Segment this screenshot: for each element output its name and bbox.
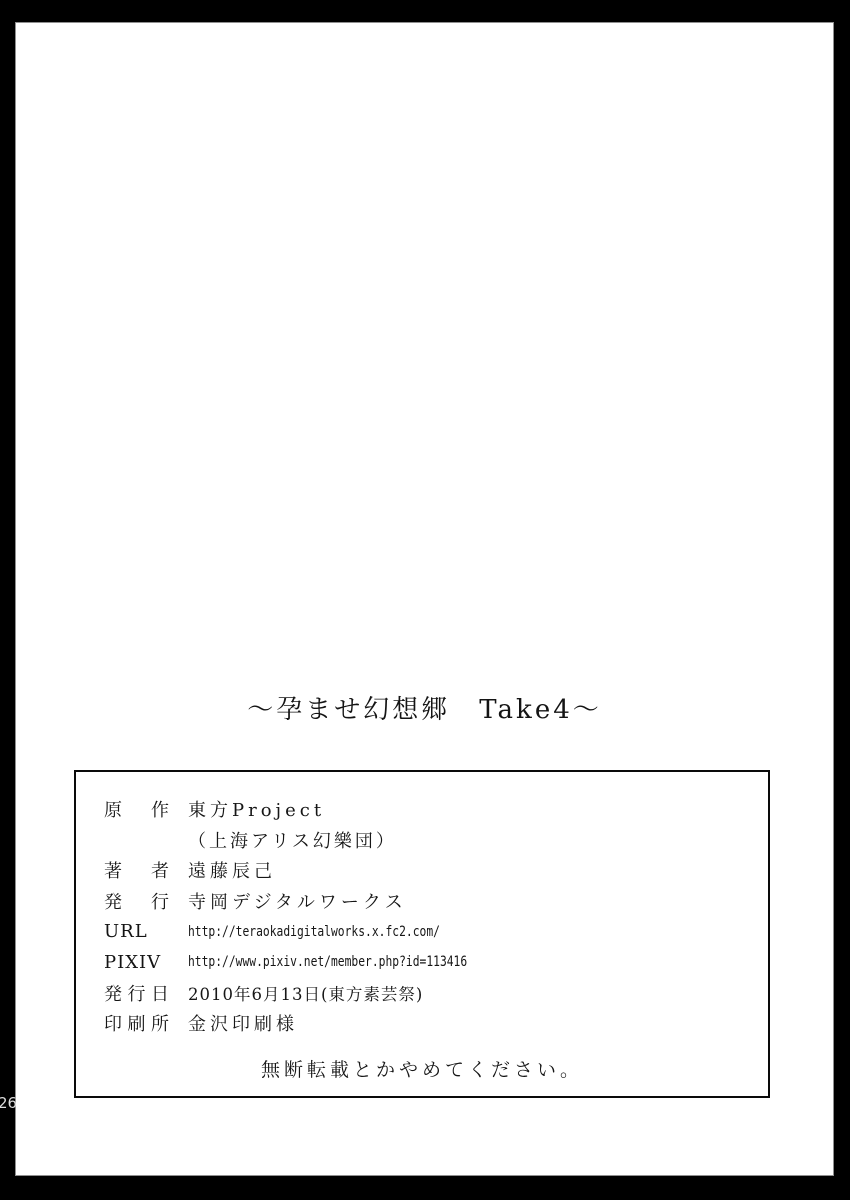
row-value: （上海アリス幻樂団） bbox=[188, 827, 397, 853]
credits-row-printer: 印刷所 金沢印刷様 bbox=[104, 1008, 758, 1039]
row-label: 原作 bbox=[104, 796, 170, 822]
page-title: ～孕ませ幻想郷 Take4～ bbox=[16, 689, 833, 726]
row-label: 発行日 bbox=[104, 980, 170, 1006]
credits-row-original-work: 原作 東方Project bbox=[104, 794, 758, 825]
row-label: 著者 bbox=[104, 857, 170, 883]
row-value: http://www.pixiv.net/member.php?id=11341… bbox=[188, 954, 467, 970]
page-number: 26 bbox=[0, 1094, 17, 1112]
row-label: 印刷所 bbox=[104, 1010, 170, 1036]
credits-box: 原作 東方Project （上海アリス幻樂団） 著者 遠藤辰己 発行 寺岡デジタ… bbox=[74, 770, 770, 1098]
row-value: http://teraokadigitalworks.x.fc2.com/ bbox=[188, 924, 440, 940]
row-value: 東方Project bbox=[188, 796, 325, 822]
row-label: PIXIV bbox=[104, 952, 170, 973]
copyright-note: 無断転載とかやめてください。 bbox=[76, 1055, 768, 1082]
credits-rows: 原作 東方Project （上海アリス幻樂団） 著者 遠藤辰己 発行 寺岡デジタ… bbox=[104, 794, 758, 1039]
credits-row-url: URL http://teraokadigitalworks.x.fc2.com… bbox=[104, 916, 758, 947]
credits-row-author: 著者 遠藤辰己 bbox=[104, 855, 758, 886]
row-value: 寺岡デジタルワークス bbox=[188, 888, 407, 914]
row-label: 発行 bbox=[104, 888, 170, 914]
row-value: 遠藤辰己 bbox=[188, 857, 276, 883]
credits-row-pixiv: PIXIV http://www.pixiv.net/member.php?id… bbox=[104, 947, 758, 978]
row-value: 2010年6月13日(東方素芸祭) bbox=[188, 981, 423, 1005]
scanned-page: ～孕ませ幻想郷 Take4～ 原作 東方Project （上海アリス幻樂団） 著… bbox=[16, 23, 833, 1175]
row-label: URL bbox=[104, 921, 170, 942]
credits-row-publish-date: 発行日 2010年6月13日(東方素芸祭) bbox=[104, 978, 758, 1009]
row-value: 金沢印刷様 bbox=[188, 1010, 298, 1036]
credits-row-publisher: 発行 寺岡デジタルワークス bbox=[104, 886, 758, 917]
credits-row-circle: （上海アリス幻樂団） bbox=[104, 825, 758, 856]
